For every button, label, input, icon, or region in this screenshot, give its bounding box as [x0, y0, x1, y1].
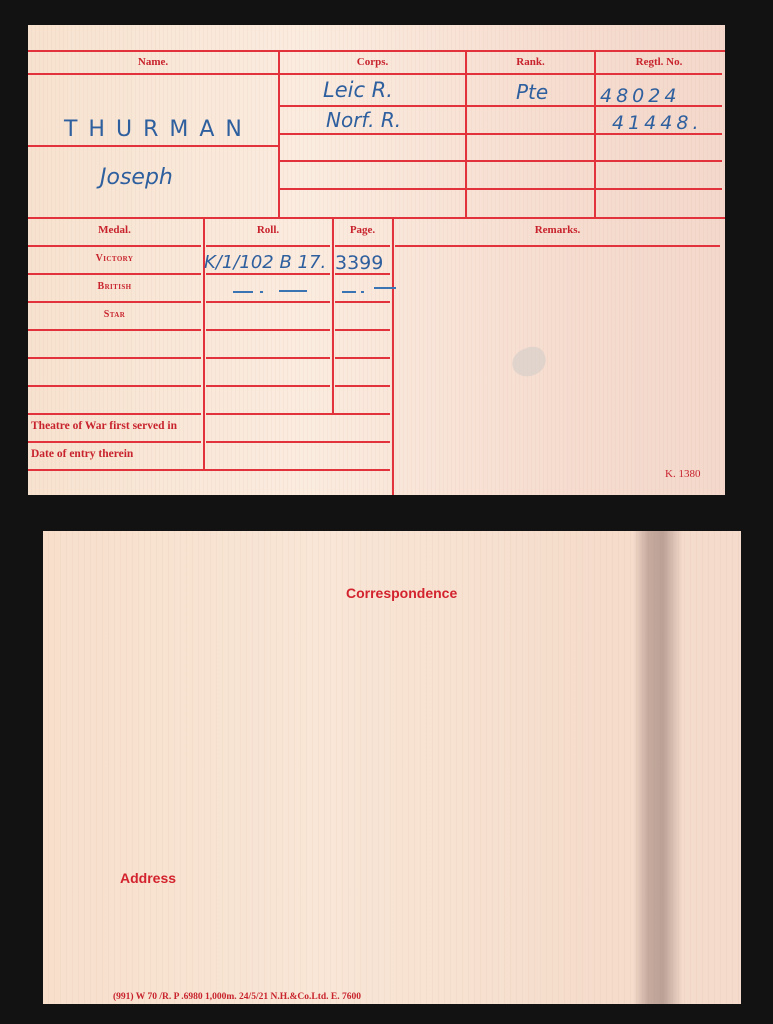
fold-shadow [633, 531, 683, 1004]
rule-medal-header [28, 245, 201, 247]
header-page: Page. [335, 224, 390, 236]
rule-roll-row-1 [206, 273, 330, 275]
rule-medal-row-4 [28, 357, 201, 359]
date-entry-label: Date of entry therein [31, 448, 133, 460]
rule-regtl-4 [596, 160, 722, 162]
rule-rank-3 [467, 133, 594, 135]
rule-page-row-5 [335, 385, 390, 387]
rule-rank-2 [467, 105, 594, 107]
rule-medal-row-5 [28, 385, 201, 387]
rule-corps-1 [280, 73, 465, 75]
forename-entry: Joseph [100, 165, 173, 190]
rule-page-row-4 [335, 357, 390, 359]
victory-page-entry: 3399 [335, 252, 383, 274]
rule-rank-4 [467, 160, 594, 162]
rule-rank-1 [467, 73, 594, 75]
rule-roll-row-2 [206, 301, 330, 303]
rule-medal-row-3 [28, 329, 201, 331]
rule-page-row-2 [335, 301, 390, 303]
regtl-no-entry-2: 41448. [612, 112, 702, 134]
header-medal: Medal. [28, 224, 201, 236]
header-rank: Rank. [467, 56, 594, 68]
rule-page-row-3 [335, 329, 390, 331]
medal-label-british: British [28, 281, 201, 292]
rank-entry: Pte [516, 80, 548, 104]
rule-roll-row-4 [206, 357, 330, 359]
medal-label-victory: Victory [28, 253, 201, 264]
regtl-no-entry-1: 48024 [600, 85, 680, 107]
rule-corps-2 [280, 105, 465, 107]
rule-theatre-value [206, 441, 390, 443]
surname-entry: T H U R M A N [64, 117, 244, 142]
rule-remarks-header [395, 245, 720, 247]
rule-roll-row-5 [206, 385, 330, 387]
header-remarks: Remarks. [395, 224, 720, 236]
medal-index-card-back: Correspondence Address (991) W 70 /R. P … [43, 531, 741, 1004]
header-regtl-no: Regtl. No. [596, 56, 722, 68]
corps-entry-2: Norf. R. [326, 108, 401, 132]
form-code: K. 1380 [665, 468, 700, 480]
rule-date-entry [28, 469, 390, 471]
rule-medal-row-6 [28, 413, 201, 415]
theatre-label: Theatre of War first served in [31, 420, 177, 432]
paper-blemish [508, 343, 550, 381]
rule-roll-row-3 [206, 329, 330, 331]
medal-index-card-front: Name. Corps. Rank. Regtl. No. T H U R M … [28, 25, 725, 495]
rule-section-divider [28, 217, 725, 219]
rule-roll-header [206, 245, 330, 247]
rule-corps-3 [280, 133, 465, 135]
rule-regtl-5 [596, 188, 722, 190]
rule-corps-4 [280, 160, 465, 162]
rule-regtl-1 [596, 73, 722, 75]
rule-theatre [28, 441, 201, 443]
rule-page-header [335, 245, 390, 247]
header-roll: Roll. [206, 224, 330, 236]
rule-top [28, 50, 725, 52]
rule-medal-row-1 [28, 273, 201, 275]
divider-roll-page [332, 217, 334, 413]
rule-rank-5 [467, 188, 594, 190]
rule-corps-5 [280, 188, 465, 190]
printer-imprint: (991) W 70 /R. P .6980 1,000m. 24/5/21 N… [113, 992, 361, 1002]
header-corps: Corps. [280, 56, 465, 68]
correspondence-title: Correspondence [346, 585, 457, 601]
address-label: Address [120, 870, 176, 886]
header-name: Name. [28, 56, 278, 68]
corps-entry-1: Leic R. [323, 78, 393, 102]
medal-label-star: Star [28, 309, 201, 320]
divider-page-remarks [392, 217, 394, 495]
rule-name-header [28, 73, 278, 75]
victory-roll-entry: K/1/102 B 17. [204, 252, 326, 273]
rule-name-mid [28, 145, 278, 147]
rule-medal-row-2 [28, 301, 201, 303]
rule-roll-row-6 [206, 413, 390, 415]
